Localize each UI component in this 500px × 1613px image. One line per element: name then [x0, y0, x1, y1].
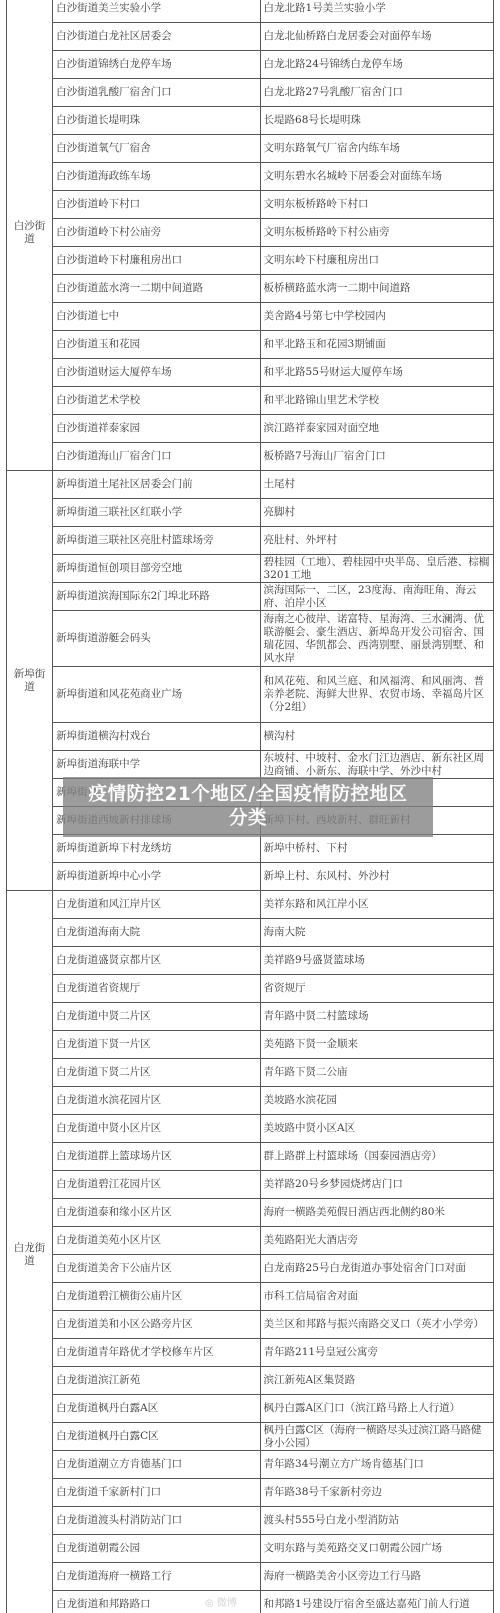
table-row: 新埠街道横沟村戏台横沟村: [7, 723, 494, 751]
site-cell: 白龙街道滨江新苑: [53, 1367, 260, 1395]
table-row: 白龙街道泰和缘小区片区海府一横路美苑假日酒店西北侧约80米: [7, 1199, 494, 1227]
table-row: 白沙街道玉和花园和平北路玉和花园3期铺面: [7, 331, 494, 359]
table-row: 白龙街道下贤二片区青年路下贤二公庙: [7, 1059, 494, 1087]
site-cell: 白龙街道下贤二片区: [53, 1059, 260, 1087]
table-row: 白龙街道美苑小区片区美苑路阳光大酒店旁: [7, 1227, 494, 1255]
site-cell: 新埠街道恒创项目部旁空地: [53, 555, 260, 583]
site-cell: 白沙街道岭下村廉租房出口: [53, 247, 260, 275]
area-cell: 美舍路4号第七中学校园内: [260, 303, 493, 331]
area-cell: 滨江路祥泰家园对面空地: [260, 415, 493, 443]
area-cell: 文明东板桥路岭下村口: [260, 191, 493, 219]
site-cell: 白龙街道海府一横路工行: [53, 1563, 260, 1591]
site-cell: 白龙街道朝霞公园: [53, 1535, 260, 1563]
area-cell: 白龙北路24号锦绣白龙停车场: [260, 51, 493, 79]
area-cell: 滨江新苑A区集贤路: [260, 1367, 493, 1395]
site-cell: 白沙街道岭下村公庙旁: [53, 219, 260, 247]
area-cell: 白龙北路27号乳酸厂宿舍门口: [260, 79, 493, 107]
table-row: 白龙街道海南大院海南大院: [7, 919, 494, 947]
site-cell: 白龙街道青年路优才学校修车片区: [53, 1339, 260, 1367]
table-row: 白龙街道和邦路路口和邦路1号建设厅宿舍至盛达嘉苑门前人行道: [7, 1591, 494, 1613]
area-cell: 美兰区和邦路与振兴南路交叉口（英才小学旁）: [260, 1311, 493, 1339]
site-cell: 白沙街道七中: [53, 303, 260, 331]
area-cell: 新埠中桥村、下村: [260, 835, 493, 863]
table-row: 白龙街道中贤小区片区美坡路中贤小区A区: [7, 1115, 494, 1143]
table-row: 新埠街道海联中学东坡村、中坡村、金水门江边酒店、新东社区周边商铺、小新东、海联中…: [7, 751, 494, 779]
table-row: 白沙街道海政练车场文明东碧水名城岭下居委会对面练车场: [7, 163, 494, 191]
table-row: 新埠街道三联社区亮肚村篮球场旁亮肚村、外坪村: [7, 527, 494, 555]
table-row: 新埠街道恒创项目部旁空地碧桂园（工地）、碧桂园中央半岛、皇后港、棕榈3201工地: [7, 555, 494, 583]
table-row: 新埠街道滨海国际东2门埠北环路滨海国际一、二区，23度海、南海旺角、海云府、泊岸…: [7, 583, 494, 611]
area-cell: 文明东板桥路岭下村公庙旁: [260, 219, 493, 247]
table-row: 新埠街道游艇会码头海南之心彼岸、诺富特、星海湾、三水澜湾、优联游艇会、豪生酒店、…: [7, 611, 494, 667]
table-row: 白龙街道省资规厅省资规厅: [7, 975, 494, 1003]
area-cell: 亮肚村、外坪村: [260, 527, 493, 555]
table-row: 白龙街道滨江新苑滨江新苑A区集贤路: [7, 1367, 494, 1395]
table-row: 白龙街道潮立方肯德基门口青年路34号潮立方广场肯德基门口: [7, 1451, 494, 1479]
table-row: 白沙街道财运大厦停车场和平北路55号财运大厦停车场: [7, 359, 494, 387]
site-cell: 新埠街道横沟村戏台: [53, 723, 260, 751]
site-cell: 新埠街道滨海国际东2门埠北环路: [53, 583, 260, 611]
site-cell: 白龙街道美苑小区片区: [53, 1227, 260, 1255]
site-cell: 白龙街道美舍下公庙片区: [53, 1255, 260, 1283]
area-cell: 亮脚村: [260, 499, 493, 527]
site-cell: 白沙街道艺术学校: [53, 387, 260, 415]
table-row: 白龙街道海府一横路工行海府一横路美舍小区旁边工行马路: [7, 1563, 494, 1591]
area-cell: 碧桂园（工地）、碧桂园中央半岛、皇后港、棕榈3201工地: [260, 555, 493, 583]
site-cell: 白龙街道省资规厅: [53, 975, 260, 1003]
site-cell: 白沙街道乳酸厂宿舍门口: [53, 79, 260, 107]
area-cell: 青年路下贤二公庙: [260, 1059, 493, 1087]
title-overlay: 疫情防控21个地区/全国疫情防控地区分类: [63, 777, 433, 837]
area-cell: 文明东岭下村廉租房出口: [260, 247, 493, 275]
area-cell: 板桥路7号海山厂宿舍门口: [260, 443, 493, 471]
table-row: 白沙街道岭下村廉租房出口文明东岭下村廉租房出口: [7, 247, 494, 275]
site-cell: 白沙街道蓝水湾一二期中间道路: [53, 275, 260, 303]
area-cell: 美祥路20号乡梦园烧烤店门口: [260, 1171, 493, 1199]
table-row: 白龙街道盛贤京都片区美祥路9号盛贤篮球场: [7, 947, 494, 975]
table-row: 白龙街道枫丹白露A区枫丹白露A区门口（滨江路马路上人行道）: [7, 1395, 494, 1423]
site-cell: 新埠街道海联中学: [53, 751, 260, 779]
area-cell: 市科工信局宿舍对面: [260, 1283, 493, 1311]
site-cell: 白沙街道财运大厦停车场: [53, 359, 260, 387]
table-row: 白龙街道朝霞公园文明东路与美苑路交叉口朝霞公园广场: [7, 1535, 494, 1563]
area-cell: 长堤路68号长堤明珠: [260, 107, 493, 135]
area-cell: 滨海国际一、二区，23度海、南海旺角、海云府、泊岸小区: [260, 583, 493, 611]
area-cell: 美坡路中贤小区A区: [260, 1115, 493, 1143]
district-cell: 白沙街道: [7, 0, 53, 471]
area-cell: 青年路中贤二村篮球场: [260, 1003, 493, 1031]
area-cell: 横沟村: [260, 723, 493, 751]
site-cell: 白龙街道美和小区公路旁片区: [53, 1311, 260, 1339]
site-cell: 白龙街道中贤小区片区: [53, 1115, 260, 1143]
table-row: 白沙街道岭下村公庙旁文明东板桥路岭下村公庙旁: [7, 219, 494, 247]
site-cell: 白沙街道海山厂宿舍门口: [53, 443, 260, 471]
site-cell: 新埠街道新埠下村龙绣坊: [53, 835, 260, 863]
table-row: 白沙街道氧气厂宿舍文明东路氧气厂宿舍内练车场: [7, 135, 494, 163]
area-cell: 青年路38号千家新村旁边: [260, 1479, 493, 1507]
area-cell: 青年路34号潮立方广场肯德基门口: [260, 1451, 493, 1479]
site-cell: 白龙街道水滨花园片区: [53, 1087, 260, 1115]
area-cell: 海南之心彼岸、诺富特、星海湾、三水澜湾、优联游艇会、豪生酒店、新埠岛开发公司宿舍…: [260, 611, 493, 667]
site-cell: 新埠街道三联社区亮肚村篮球场旁: [53, 527, 260, 555]
area-cell: 青年路211号皇冠公寓旁: [260, 1339, 493, 1367]
site-cell: 白龙街道海南大院: [53, 919, 260, 947]
table-row: 新埠街道三联社区红联小学亮脚村: [7, 499, 494, 527]
table-row: 白龙街道青年路优才学校修车片区青年路211号皇冠公寓旁: [7, 1339, 494, 1367]
table-row: 白龙街道水滨花园片区美坡路水滨花园: [7, 1087, 494, 1115]
area-cell: 渡头村555号白龙小型消防站: [260, 1507, 493, 1535]
site-cell: 白沙街道美兰实验小学: [53, 0, 260, 23]
site-cell: 白龙街道中贤二片区: [53, 1003, 260, 1031]
site-cell: 白龙街道千家新村门口: [53, 1479, 260, 1507]
table-row: 白龙街道千家新村门口青年路38号千家新村旁边: [7, 1479, 494, 1507]
table-row: 新埠街道新埠街道土尾社区居委会门前土尾村: [7, 471, 494, 499]
site-cell: 白龙街道下贤一片区: [53, 1031, 260, 1059]
site-cell: 白沙街道玉和花园: [53, 331, 260, 359]
area-cell: 文明东路氧气厂宿舍内练车场: [260, 135, 493, 163]
site-cell: 白龙街道泰和缘小区片区: [53, 1199, 260, 1227]
area-cell: 板桥横路蓝水湾一二期中间道路: [260, 275, 493, 303]
area-cell: 文明东路与美苑路交叉口朝霞公园广场: [260, 1535, 493, 1563]
site-cell: 白龙街道群上篮球场片区: [53, 1143, 260, 1171]
site-cell: 白沙街道岭下村口: [53, 191, 260, 219]
table-row: 白沙街道白龙社区居委会白龙北仙桥路白龙居委会对面停车场: [7, 23, 494, 51]
table-row: 白龙街道美舍下公庙片区白龙南路25号白龙街道办事处宿舍门口对面: [7, 1255, 494, 1283]
table-row: 白沙街道白沙街道美兰实验小学白龙北路1号美兰实验小学: [7, 0, 494, 23]
site-cell: 白龙街道枫丹白露C区: [53, 1423, 260, 1451]
site-cell: 白龙街道枫丹白露A区: [53, 1395, 260, 1423]
area-cell: 枫丹白露A区门口（滨江路马路上人行道）: [260, 1395, 493, 1423]
area-cell: 美祥路9号盛贤篮球场: [260, 947, 493, 975]
site-cell: 新埠街道和风花苑商业广场: [53, 667, 260, 723]
site-cell: 白沙街道长堤明珠: [53, 107, 260, 135]
site-cell: 白龙街道盛贤京都片区: [53, 947, 260, 975]
site-cell: 白龙街道和风江岸片区: [53, 891, 260, 919]
table-row: 白沙街道岭下村口文明东板桥路岭下村口: [7, 191, 494, 219]
site-cell: 白龙街道碧江花园片区: [53, 1171, 260, 1199]
site-cell: 新埠街道土尾社区居委会门前: [53, 471, 260, 499]
area-cell: 美坡路水滨花园: [260, 1087, 493, 1115]
area-cell: 海南大院: [260, 919, 493, 947]
area-cell: 东坡村、中坡村、金水门江边酒店、新东社区周边商铺、小新东、海联中学、外沙中村: [260, 751, 493, 779]
site-cell: 白龙街道潮立方肯德基门口: [53, 1451, 260, 1479]
area-cell: 文明东碧水名城岭下居委会对面练车场: [260, 163, 493, 191]
site-cell: 白沙街道海政练车场: [53, 163, 260, 191]
table-row: 白沙街道七中美舍路4号第七中学校园内: [7, 303, 494, 331]
area-cell: 白龙北路1号美兰实验小学: [260, 0, 493, 23]
table-row: 白沙街道蓝水湾一二期中间道路板桥横路蓝水湾一二期中间道路: [7, 275, 494, 303]
area-cell: 海府一横路美苑假日酒店西北侧约80米: [260, 1199, 493, 1227]
overlay-title: 疫情防控21个地区/全国疫情防控地区分类: [83, 783, 413, 831]
site-cell: 新埠街道新埠中心小学: [53, 863, 260, 891]
area-cell: 白龙北仙桥路白龙居委会对面停车场: [260, 23, 493, 51]
area-cell: 和风花苑、和风兰庭、和风福湾、和风丽湾、普亲养老院、海鲜大世界、农贸市场、幸福岛…: [260, 667, 493, 723]
area-cell: 海府一横路美舍小区旁边工行马路: [260, 1563, 493, 1591]
area-cell: 和平北路锦山里艺术学校: [260, 387, 493, 415]
site-cell: 白龙街道渡头村消防站门口: [53, 1507, 260, 1535]
site-cell: 白沙街道祥泰家园: [53, 415, 260, 443]
table-row: 新埠街道新埠中心小学新埠上村、东风村、外沙村: [7, 863, 494, 891]
table-row: 白沙街道艺术学校和平北路锦山里艺术学校: [7, 387, 494, 415]
table-row: 新埠街道和风花苑商业广场和风花苑、和风兰庭、和风福湾、和风丽湾、普亲养老院、海鲜…: [7, 667, 494, 723]
site-cell: 白龙街道碧江横街公庙片区: [53, 1283, 260, 1311]
table-row: 白龙街道碧江横街公庙片区市科工信局宿舍对面: [7, 1283, 494, 1311]
table-row: 白沙街道锦绣白龙停车场白龙北路24号锦绣白龙停车场: [7, 51, 494, 79]
site-cell: 白沙街道锦绣白龙停车场: [53, 51, 260, 79]
area-cell: 美苑路下贤一金顺来: [260, 1031, 493, 1059]
district-cell: 新埠街道: [7, 471, 53, 891]
weibo-watermark: ◎ 微博: [205, 1594, 237, 1609]
area-cell: 美祥东路和风江岸小区: [260, 891, 493, 919]
table-row: 白龙街道碧江花园片区美祥路20号乡梦园烧烤店门口: [7, 1171, 494, 1199]
area-cell: 和邦路1号建设厅宿舍至盛达嘉苑门前人行道: [260, 1591, 493, 1613]
table-row: 白龙街道下贤一片区美苑路下贤一金顺来: [7, 1031, 494, 1059]
table-row: 白沙街道乳酸厂宿舍门口白龙北路27号乳酸厂宿舍门口: [7, 79, 494, 107]
table-row: 白龙街道白龙街道和风江岸片区美祥东路和风江岸小区: [7, 891, 494, 919]
area-cell: 群上路群上村篮球场（国泰园酒店旁）: [260, 1143, 493, 1171]
table-row: 白龙街道群上篮球场片区群上路群上村篮球场（国泰园酒店旁）: [7, 1143, 494, 1171]
area-cell: 枫丹白露C区（海府一横路尽头过滨江路马路健身小公园）: [260, 1423, 493, 1451]
table-row: 白沙街道海山厂宿舍门口板桥路7号海山厂宿舍门口: [7, 443, 494, 471]
table-row: 白龙街道美和小区公路旁片区美兰区和邦路与振兴南路交叉口（英才小学旁）: [7, 1311, 494, 1339]
site-cell: 白沙街道氧气厂宿舍: [53, 135, 260, 163]
area-cell: 土尾村: [260, 471, 493, 499]
site-cell: 新埠街道游艇会码头: [53, 611, 260, 667]
table-row: 白龙街道中贤二片区青年路中贤二村篮球场: [7, 1003, 494, 1031]
site-cell: 新埠街道三联社区红联小学: [53, 499, 260, 527]
area-cell: 省资规厅: [260, 975, 493, 1003]
table-row: 白沙街道长堤明珠长堤路68号长堤明珠: [7, 107, 494, 135]
table-row: 白龙街道枫丹白露C区枫丹白露C区（海府一横路尽头过滨江路马路健身小公园）: [7, 1423, 494, 1451]
area-cell: 和平北路玉和花园3期铺面: [260, 331, 493, 359]
table-row: 新埠街道新埠下村龙绣坊新埠中桥村、下村: [7, 835, 494, 863]
site-cell: 白沙街道白龙社区居委会: [53, 23, 260, 51]
area-cell: 白龙南路25号白龙街道办事处宿舍门口对面: [260, 1255, 493, 1283]
table-row: 白龙街道渡头村消防站门口渡头村555号白龙小型消防站: [7, 1507, 494, 1535]
area-cell: 和平北路55号财运大厦停车场: [260, 359, 493, 387]
district-cell: 白龙街道: [7, 891, 53, 1613]
area-cell: 美苑路阳光大酒店旁: [260, 1227, 493, 1255]
area-cell: 新埠上村、东风村、外沙村: [260, 863, 493, 891]
table-row: 白沙街道祥泰家园滨江路祥泰家园对面空地: [7, 415, 494, 443]
